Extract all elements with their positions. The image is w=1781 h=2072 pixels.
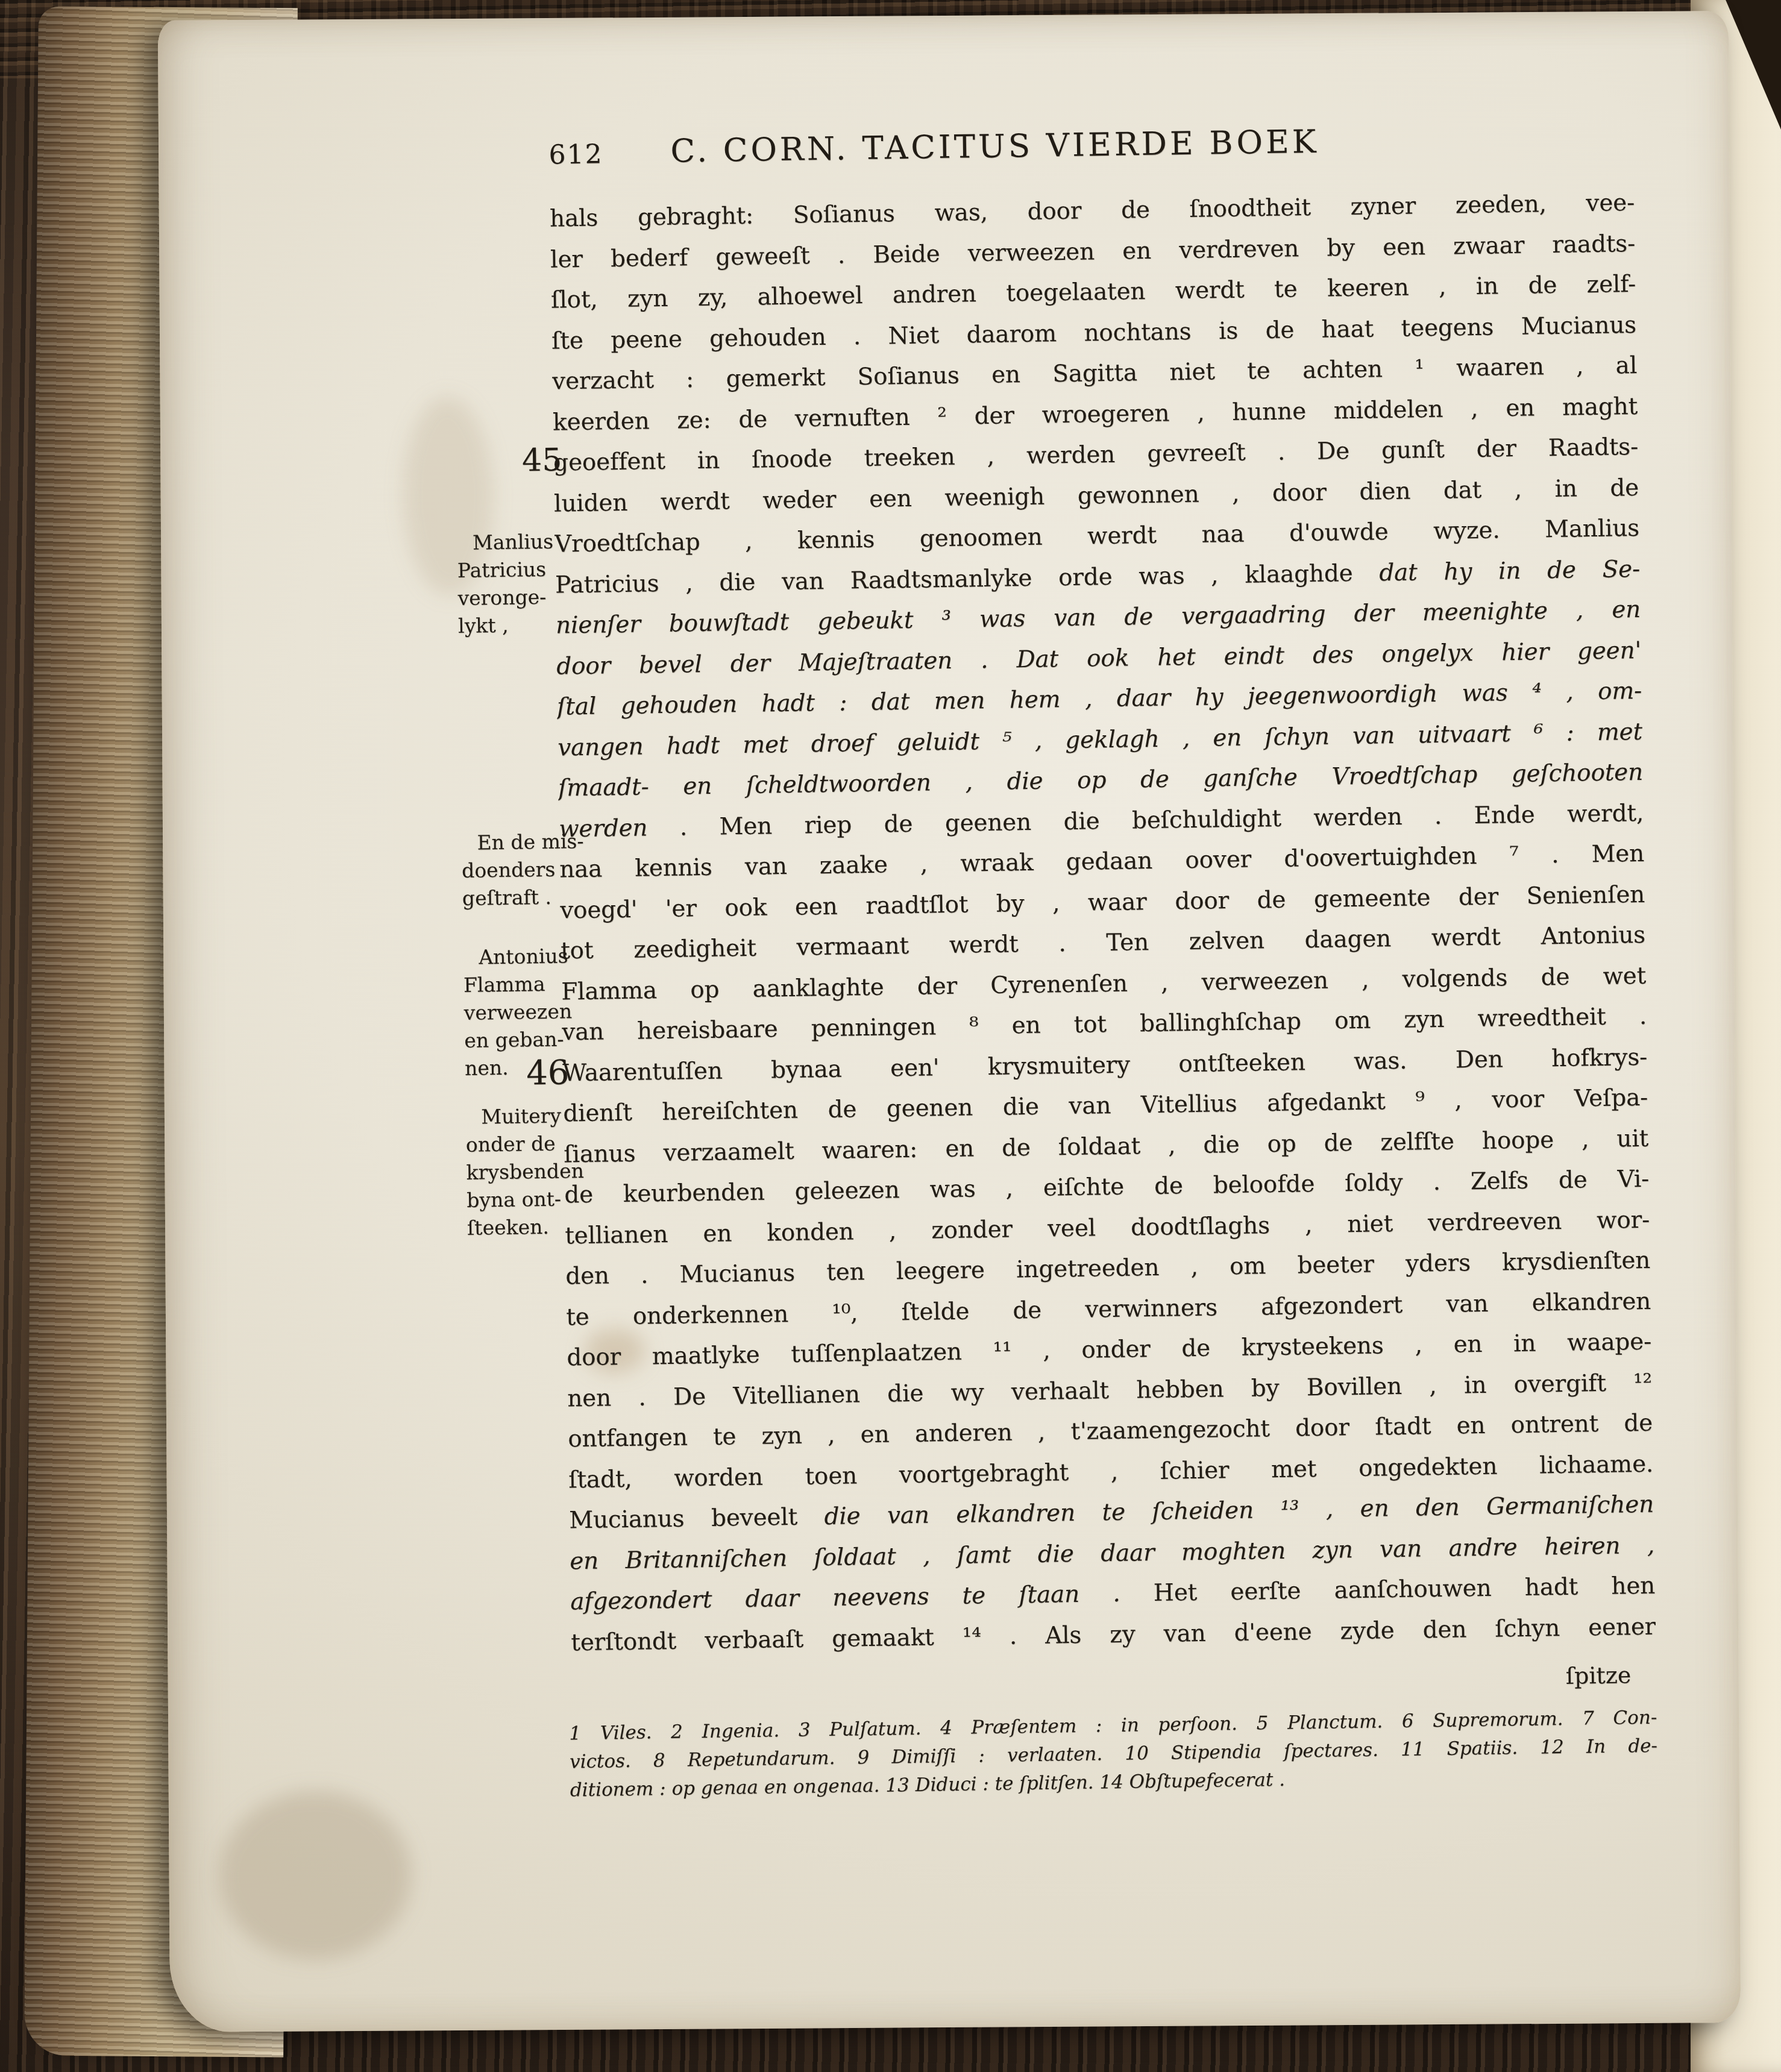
page-number: 612 bbox=[548, 139, 603, 170]
paper-stain bbox=[218, 1789, 413, 1961]
body-line-segment: hals gebraght: Soſianus was, door de ſno… bbox=[550, 189, 1635, 233]
book-page: 612 C. CORN. TACITUS VIERDE BOEK 45 46 M… bbox=[158, 11, 1741, 2032]
page-content: 612 C. CORN. TACITUS VIERDE BOEK 45 46 M… bbox=[149, 4, 1749, 2039]
body-line-segment: dat hy in de Se- bbox=[1379, 555, 1640, 586]
page-header: 612 C. CORN. TACITUS VIERDE BOEK bbox=[548, 119, 1634, 172]
running-title: C. CORN. TACITUS VIERDE BOEK bbox=[670, 124, 1319, 170]
book-photo-scene: 612 C. CORN. TACITUS VIERDE BOEK 45 46 M… bbox=[0, 0, 1781, 2072]
footnotes-block: 1 Viles. 2 Ingenia. 3 Pulſatum. 4 Præſen… bbox=[569, 1704, 1658, 1805]
body-line-segment: werden bbox=[559, 814, 648, 843]
catchword: ſpitze bbox=[571, 1662, 1631, 1704]
body-line-segment: Mucianus beveelt bbox=[569, 1503, 825, 1534]
body-text-column: hals gebraght: Soſianus was, door de ſno… bbox=[550, 189, 1656, 1669]
